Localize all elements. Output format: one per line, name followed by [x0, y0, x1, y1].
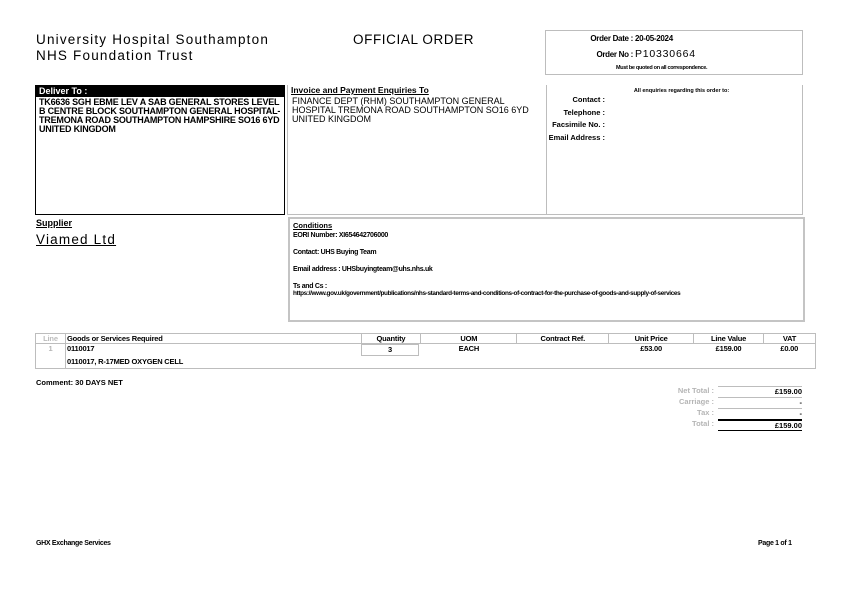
enquiry-telephone-label: Telephone :: [547, 107, 605, 120]
enquiry-telephone: Telephone :: [547, 107, 802, 120]
enquiries-box: All enquiries regarding this order to: C…: [546, 85, 803, 215]
invoice-address: FINANCE DEPT (RHM) SOUTHAMPTON GENERAL H…: [288, 95, 546, 126]
item-vat: £0.00: [764, 344, 816, 369]
total-label: Total :: [692, 419, 714, 428]
tax-row: Tax : -: [662, 408, 802, 419]
enquiry-email: Email Address :: [547, 132, 802, 145]
item-unit-price: £53.00: [609, 344, 694, 369]
col-contract-ref: Contract Ref.: [517, 334, 609, 344]
items-table: Line Goods or Services Required Quantity…: [35, 333, 816, 369]
table-row: 1 0110017 0110017, R-17MED OXYGEN CELL 3…: [36, 344, 816, 369]
total-value: £159.00: [718, 419, 802, 431]
supplier-heading: Supplier: [36, 218, 72, 228]
conditions-heading: Conditions: [293, 221, 800, 230]
item-contract-ref: [517, 344, 609, 369]
item-code: 0110017: [67, 344, 361, 354]
conditions-contact: Contact: UHS Buying Team: [293, 249, 800, 256]
terms-label: Ts and Cs :: [293, 283, 800, 290]
conditions-email: Email address : UHSbuyingteam@uhs.nhs.uk: [293, 266, 800, 273]
col-line-value: Line Value: [694, 334, 764, 344]
carriage-value: -: [718, 397, 802, 407]
organisation-name-line2: NHS Foundation Trust: [36, 48, 269, 64]
enquiry-contact-label: Contact :: [547, 94, 605, 107]
eori-number: EORI Number: XI654642706000: [293, 232, 800, 239]
tax-value: -: [718, 408, 802, 418]
col-goods: Goods or Services Required: [65, 334, 361, 344]
carriage-label: Carriage :: [679, 397, 714, 406]
order-number-value: P10330664: [635, 48, 696, 60]
item-line-value: £159.00: [694, 344, 764, 369]
totals-block: Net Total : £159.00 Carriage : - Tax : -…: [662, 386, 802, 430]
order-info-box: Order Date : 20-05-2024 Order No : P1033…: [545, 30, 803, 75]
footer-provider: GHX Exchange Services: [36, 540, 111, 547]
col-quantity: Quantity: [361, 334, 421, 344]
enquiry-contact: Contact :: [547, 94, 802, 107]
col-uom: UOM: [421, 334, 517, 344]
enquiries-title: All enquiries regarding this order to:: [547, 85, 802, 94]
col-unit-price: Unit Price: [609, 334, 694, 344]
net-total-label: Net Total :: [678, 386, 714, 395]
col-vat: VAT: [764, 334, 816, 344]
deliver-to-box: Deliver To : TK6636 SGH EBME LEV A SAB G…: [35, 85, 285, 215]
net-total-row: Net Total : £159.00: [662, 386, 802, 397]
item-uom: EACH: [421, 344, 517, 369]
enquiry-facsimile: Facsimile No. :: [547, 119, 802, 132]
enquiry-facsimile-label: Facsimile No. :: [547, 119, 605, 132]
tax-label: Tax :: [697, 408, 714, 417]
invoice-box: Invoice and Payment Enquiries To FINANCE…: [287, 85, 547, 215]
order-number: Order No : P10330664: [548, 48, 696, 60]
conditions-box: Conditions EORI Number: XI654642706000 C…: [288, 217, 805, 322]
order-date: Order Date : 20-05-2024: [548, 34, 673, 43]
total-row: Total : £159.00: [662, 419, 802, 430]
invoice-heading: Invoice and Payment Enquiries To: [288, 85, 546, 95]
document-title: OFFICIAL ORDER: [353, 32, 474, 47]
organisation-name-line1: University Hospital Southampton: [36, 32, 269, 48]
terms-link[interactable]: https://www.gov.uk/government/publicatio…: [293, 290, 800, 297]
item-description: 0110017, R-17MED OXYGEN CELL: [67, 357, 361, 367]
items-header-row: Line Goods or Services Required Quantity…: [36, 334, 816, 344]
supplier-name: Viamed Ltd: [36, 232, 116, 247]
enquiry-email-label: Email Address :: [547, 132, 605, 145]
page-number: Page 1 of 1: [758, 540, 792, 547]
line-number: 1: [36, 344, 66, 369]
deliver-to-heading: Deliver To :: [36, 86, 284, 97]
order-note: Must be quoted on all correspondence.: [616, 65, 707, 71]
order-date-value: 20-05-2024: [635, 34, 673, 43]
order-comment: Comment: 30 DAYS NET: [36, 378, 123, 387]
col-line: Line: [36, 334, 66, 344]
deliver-to-address: TK6636 SGH EBME LEV A SAB GENERAL STORES…: [36, 97, 284, 135]
item-quantity: 3: [361, 344, 419, 356]
organisation-name: University Hospital Southampton NHS Foun…: [36, 32, 269, 64]
order-date-label: Order Date :: [548, 34, 633, 43]
carriage-row: Carriage : -: [662, 397, 802, 408]
order-number-label: Order No :: [548, 50, 633, 59]
net-total-value: £159.00: [718, 386, 802, 396]
